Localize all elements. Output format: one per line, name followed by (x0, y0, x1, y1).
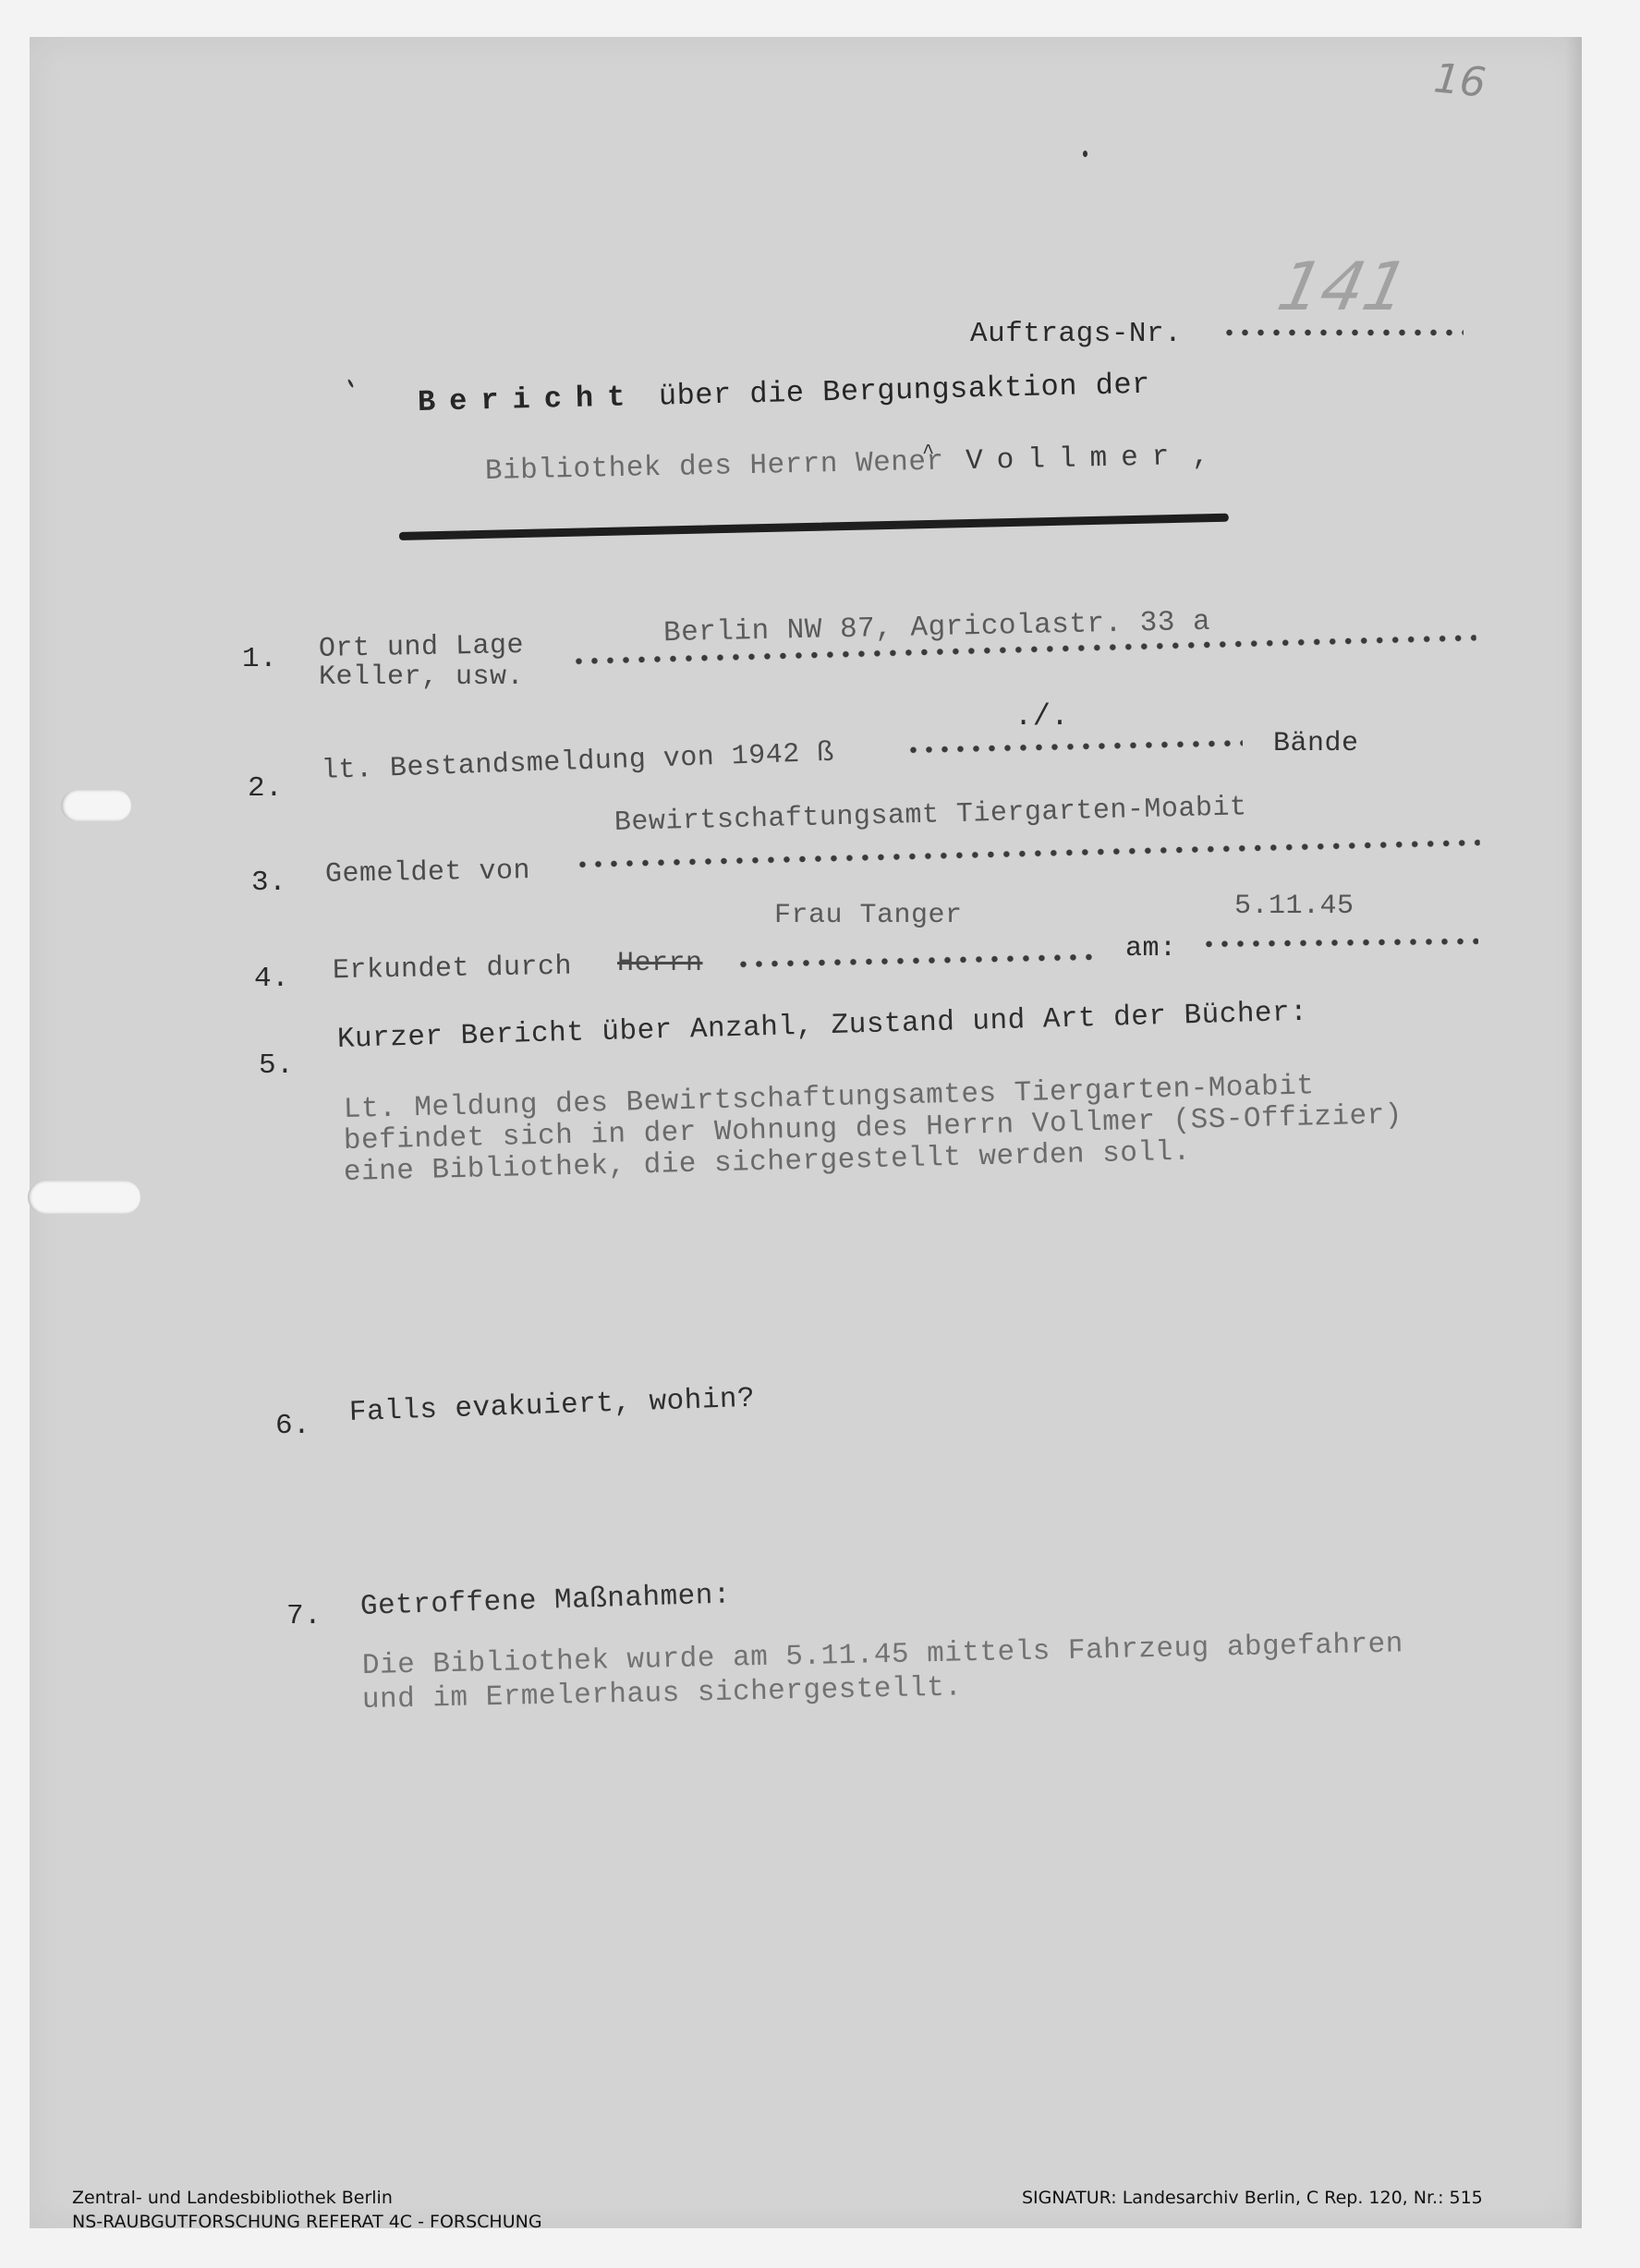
pencil-number: 141 (1271, 248, 1415, 325)
subtitle-name: Vollmer (966, 441, 1184, 478)
footer-institution: Zentral- und Landesbibliothek Berlin (72, 2189, 393, 2207)
item-4-value: Frau Tanger (774, 902, 963, 929)
item-6-number: 6. (275, 1412, 310, 1440)
item-3-label: Gemeldet von (325, 857, 531, 889)
item-1-label-line1: Ort und Lage (319, 632, 525, 663)
item-5-number: 5. (259, 1051, 294, 1080)
item-3-number: 3. (251, 868, 286, 897)
order-number-label: Auftrags-Nr. (970, 320, 1182, 348)
item-1-label-line2: Keller, usw. (319, 663, 524, 691)
order-number-field (1221, 329, 1464, 336)
item-4-label: Erkundet durch (333, 953, 573, 986)
item-1-number: 1. (242, 645, 277, 673)
correction-caret: ^ (922, 443, 935, 464)
item-4-number: 4. (254, 964, 289, 993)
title-bericht: Bericht (418, 380, 639, 419)
footer-signature: SIGNATUR: Landesarchiv Berlin, C Rep. 12… (1022, 2189, 1483, 2207)
item-4-date-label: am: (1125, 935, 1177, 963)
item-4-date-value: 5.11.45 (1234, 892, 1355, 920)
folio-number: 16 (1431, 55, 1488, 107)
punch-hole-bottom (28, 1181, 140, 1214)
stray-mark (1083, 151, 1087, 157)
item-2-number: 2. (248, 774, 283, 803)
item-7-number: 7. (286, 1602, 322, 1631)
punch-hole-top (61, 790, 131, 821)
subtitle-comma: , (1192, 441, 1210, 473)
item-2-unit: Bände (1273, 730, 1359, 758)
item-4-struck-word: Herrn (617, 950, 703, 977)
item-2-value: ./. (1014, 702, 1069, 732)
footer-department: NS-RAUBGUTFORSCHUNG REFERAT 4C - FORSCHU… (72, 2213, 542, 2231)
